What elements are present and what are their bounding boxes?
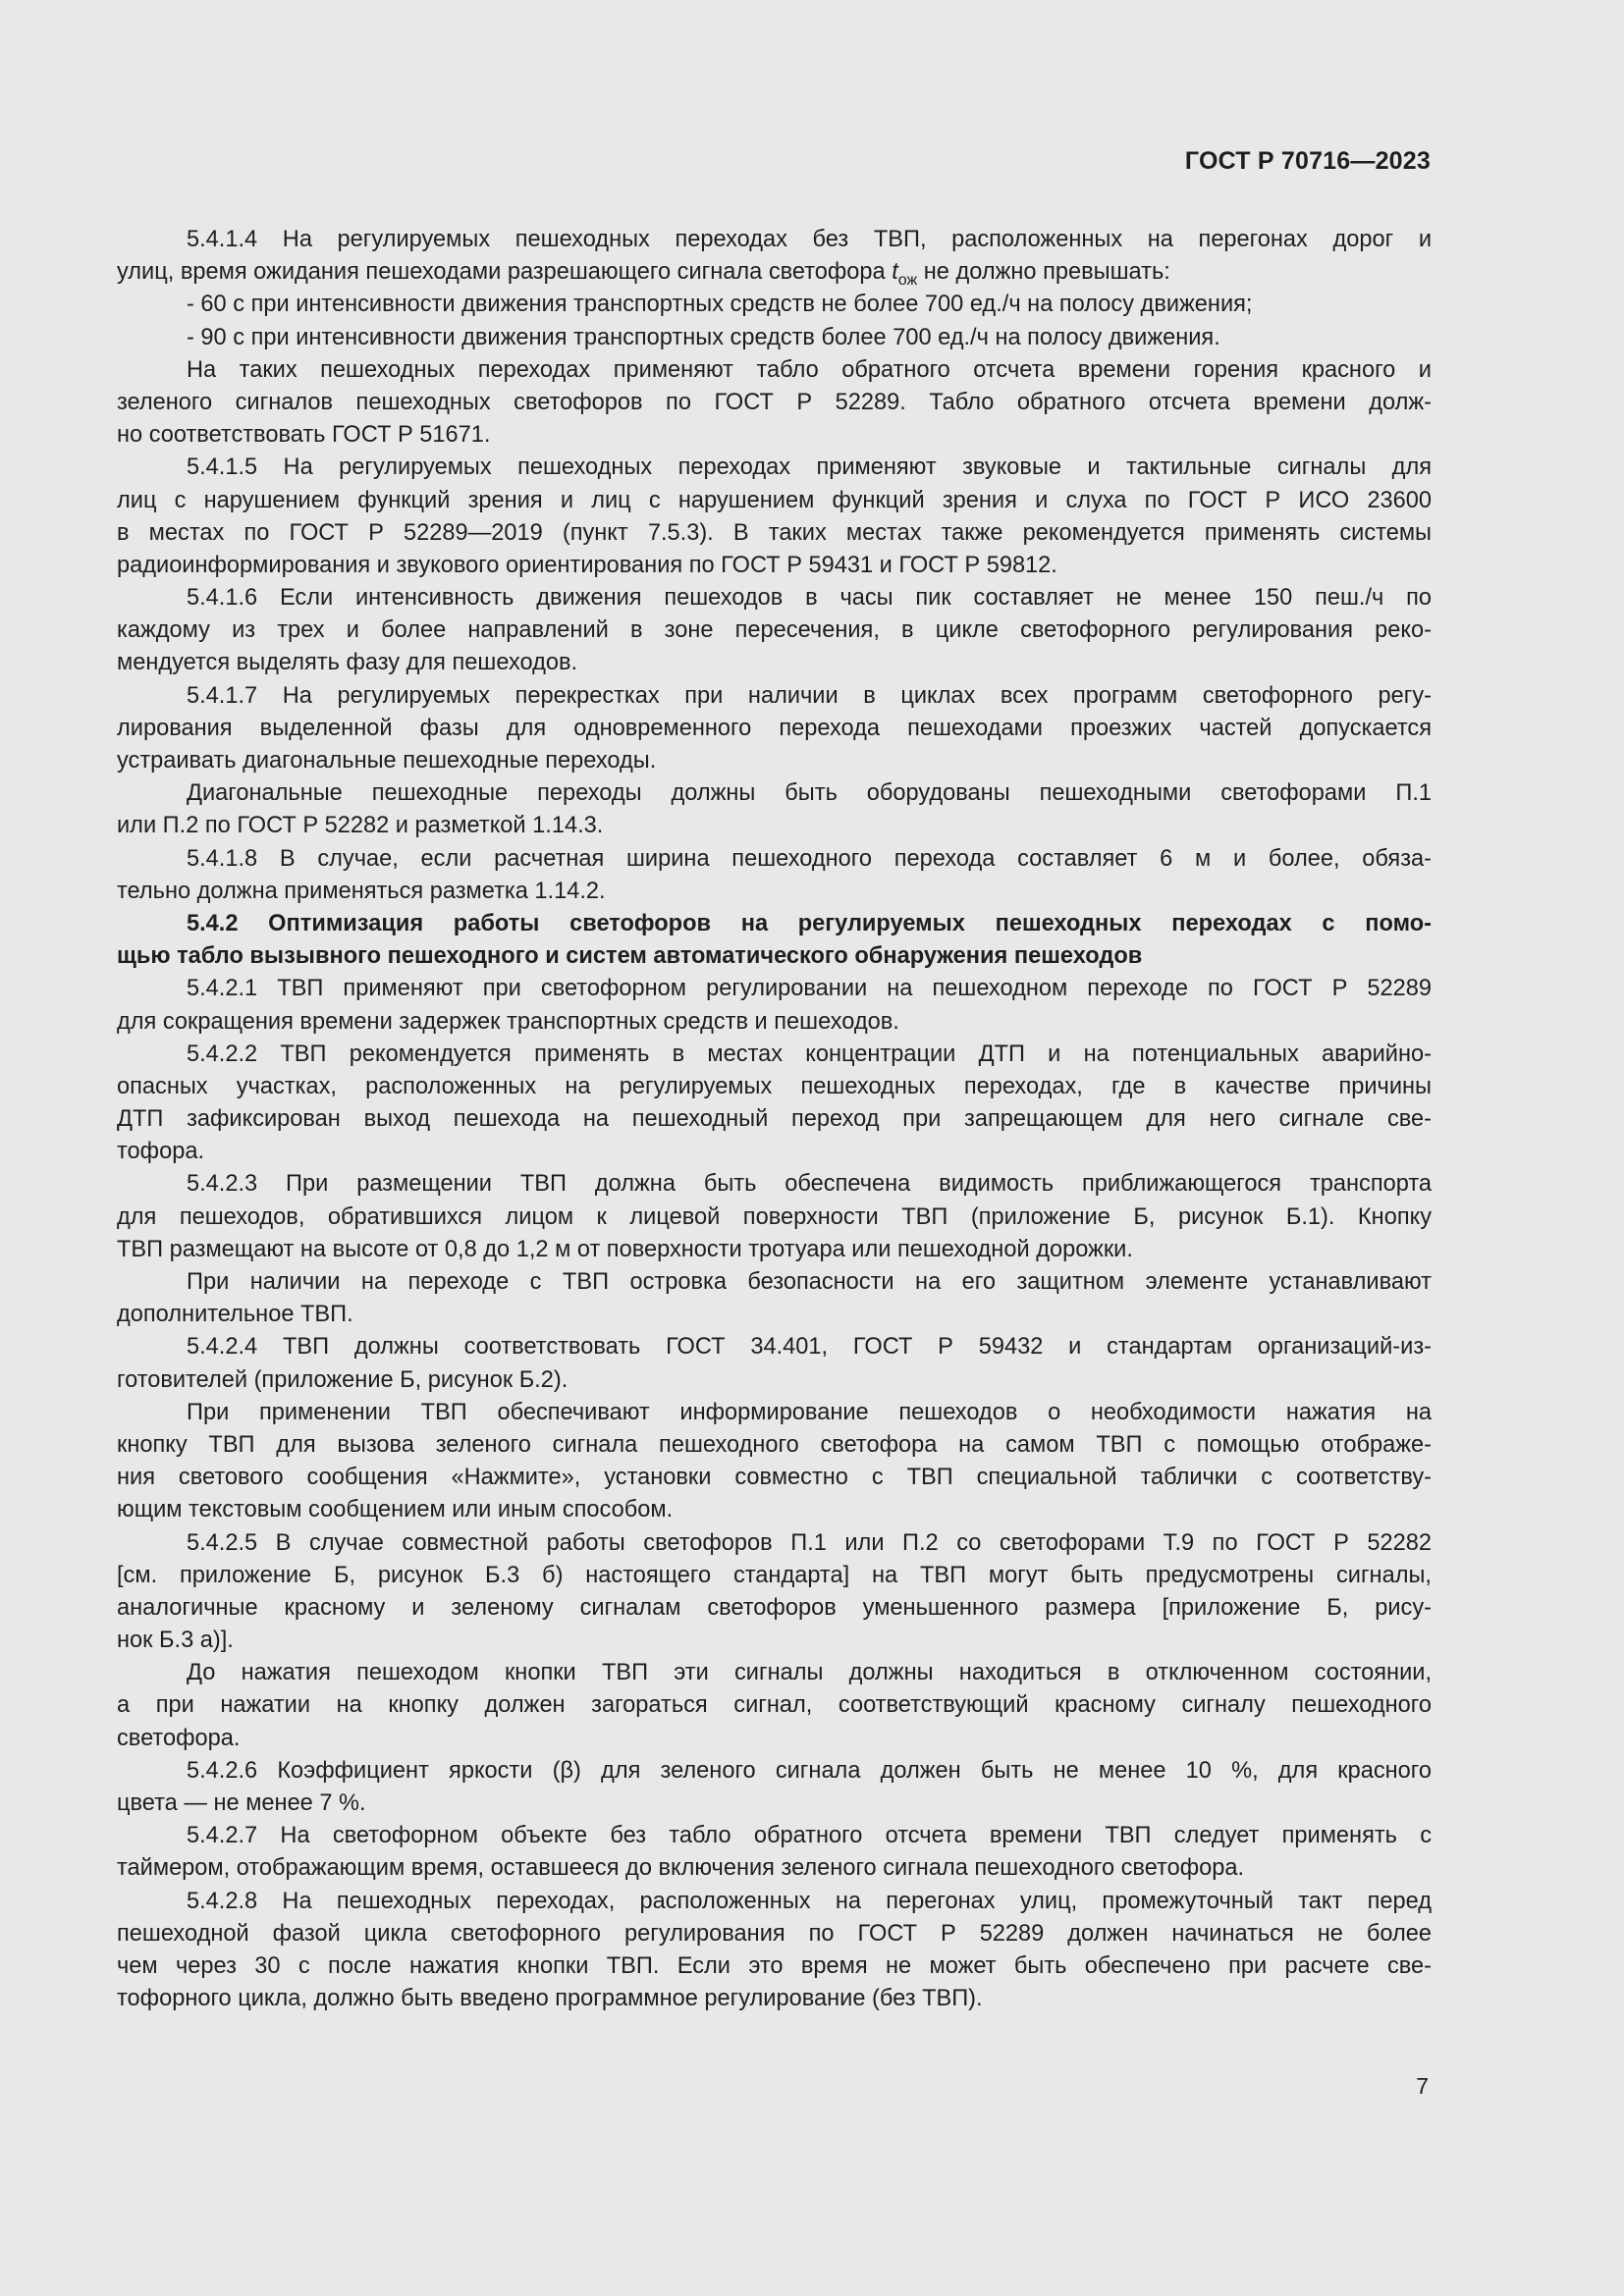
paragraph-5-4-2-1: 5.4.2.1 ТВП применяют при светофорном ре…	[117, 973, 1432, 1038]
text-line: 5.4.2.2 ТВП рекомендуется применять в ме…	[117, 1039, 1432, 1071]
text-line: 5.4.2.8 На пешеходных переходах, располо…	[117, 1886, 1432, 1918]
text-line: ния светового сообщения «Нажмите», устан…	[117, 1462, 1432, 1494]
text-line: 5.4.2.3 При размещении ТВП должна быть о…	[117, 1168, 1432, 1201]
text-line: в местах по ГОСТ Р 52289—2019 (пункт 7.5…	[117, 517, 1432, 550]
heading-line: щью табло вызывного пешеходного и систем…	[117, 940, 1432, 973]
paragraph-5-4-2-8: 5.4.2.8 На пешеходных переходах, располо…	[117, 1886, 1432, 2016]
paragraph: При наличии на переходе с ТВП островка б…	[117, 1266, 1432, 1331]
text-line: радиоинформирования и звукового ориентир…	[117, 550, 1432, 582]
paragraph-5-4-2-6: 5.4.2.6 Коэффициент яркости (β) для зеле…	[117, 1755, 1432, 1820]
text-line: 5.4.2.7 На светофорном объекте без табло…	[117, 1820, 1432, 1852]
text-line: для сокращения времени задержек транспор…	[117, 1006, 1432, 1039]
paragraph-5-4-2-7: 5.4.2.7 На светофорном объекте без табло…	[117, 1820, 1432, 1885]
text-segment: улиц, время ожидания пешеходами разрешаю…	[117, 259, 892, 285]
text-line: 5.4.1.6 Если интенсивность движения пеше…	[117, 582, 1432, 614]
section-heading-5-4-2: 5.4.2 Оптимизация работы светофоров на р…	[117, 908, 1432, 973]
paragraph-5-4-1-4: 5.4.1.4 На регулируемых пешеходных перех…	[117, 224, 1432, 289]
page-number: 7	[1416, 2073, 1429, 2100]
paragraph-5-4-1-8: 5.4.1.8 В случае, если расчетная ширина …	[117, 843, 1432, 908]
text-line: При применении ТВП обеспечивают информир…	[117, 1397, 1432, 1429]
document-body: 5.4.1.4 На регулируемых пешеходных перех…	[117, 224, 1432, 2015]
text-line: тельно должна применяться разметка 1.14.…	[117, 876, 1432, 908]
text-line: каждому из трех и более направлений в зо…	[117, 614, 1432, 647]
text-line: дополнительное ТВП.	[117, 1299, 1432, 1331]
text-line: мендуется выделять фазу для пешеходов.	[117, 647, 1432, 679]
text-line: лирования выделенной фазы для одновремен…	[117, 713, 1432, 745]
text-line-with-variable: улиц, время ожидания пешеходами разрешаю…	[117, 256, 1432, 289]
text-line: ющим текстовым сообщением или иным спосо…	[117, 1494, 1432, 1526]
text-line: Диагональные пешеходные переходы должны …	[117, 777, 1432, 810]
text-line: зеленого сигналов пешеходных светофоров …	[117, 387, 1432, 419]
text-line: или П.2 по ГОСТ Р 52282 и разметкой 1.14…	[117, 810, 1432, 842]
text-line: 5.4.2.4 ТВП должны соответствовать ГОСТ …	[117, 1331, 1432, 1363]
text-line: таймером, отображающим время, оставшееся…	[117, 1852, 1432, 1885]
text-line: аналогичные красному и зеленому сигналам…	[117, 1592, 1432, 1625]
text-line: 5.4.1.4 На регулируемых пешеходных перех…	[117, 224, 1432, 256]
text-line: тофорного цикла, должно быть введено про…	[117, 1983, 1432, 2015]
paragraph: Диагональные пешеходные переходы должны …	[117, 777, 1432, 842]
paragraph: На таких пешеходных переходах применяют …	[117, 354, 1432, 453]
text-line: 5.4.1.5 На регулируемых пешеходных перех…	[117, 452, 1432, 484]
text-line: 5.4.2.5 В случае совместной работы свето…	[117, 1527, 1432, 1560]
paragraph: При применении ТВП обеспечивают информир…	[117, 1397, 1432, 1527]
text-line: кнопку ТВП для вызова зеленого сигнала п…	[117, 1429, 1432, 1462]
text-line: светофора.	[117, 1723, 1432, 1755]
paragraph: До нажатия пешеходом кнопки ТВП эти сигн…	[117, 1657, 1432, 1755]
text-line: ТВП размещают на высоте от 0,8 до 1,2 м …	[117, 1234, 1432, 1266]
text-line: опасных участках, расположенных на регул…	[117, 1071, 1432, 1103]
text-segment: не должно превышать:	[917, 259, 1170, 285]
paragraph-5-4-2-5: 5.4.2.5 В случае совместной работы свето…	[117, 1527, 1432, 1658]
heading-line: 5.4.2 Оптимизация работы светофоров на р…	[117, 908, 1432, 940]
paragraph-5-4-1-7: 5.4.1.7 На регулируемых перекрестках при…	[117, 680, 1432, 778]
paragraph-5-4-2-4: 5.4.2.4 ТВП должны соответствовать ГОСТ …	[117, 1331, 1432, 1396]
text-line: ДТП зафиксирован выход пешехода на пешех…	[117, 1103, 1432, 1136]
text-line: пешеходной фазой цикла светофорного регу…	[117, 1918, 1432, 1950]
text-line: До нажатия пешеходом кнопки ТВП эти сигн…	[117, 1657, 1432, 1689]
text-line: 5.4.2.1 ТВП применяют при светофорном ре…	[117, 973, 1432, 1005]
text-line: 5.4.1.8 В случае, если расчетная ширина …	[117, 843, 1432, 876]
text-line: При наличии на переходе с ТВП островка б…	[117, 1266, 1432, 1299]
text-line: тофора.	[117, 1136, 1432, 1168]
text-line: На таких пешеходных переходах применяют …	[117, 354, 1432, 387]
variable-subscript: ож	[898, 272, 917, 289]
text-line: устраивать диагональные пешеходные перех…	[117, 745, 1432, 777]
paragraph-5-4-2-3: 5.4.2.3 При размещении ТВП должна быть о…	[117, 1168, 1432, 1266]
text-line: цвета — не менее 7 %.	[117, 1788, 1432, 1820]
text-line: 5.4.2.6 Коэффициент яркости (β) для зеле…	[117, 1755, 1432, 1788]
text-line: [см. приложение Б, рисунок Б.3 б) настоя…	[117, 1560, 1432, 1592]
text-line: лиц с нарушением функций зрения и лиц с …	[117, 485, 1432, 517]
text-line: 5.4.1.7 На регулируемых перекрестках при…	[117, 680, 1432, 713]
text-line: но соответствовать ГОСТ Р 51671.	[117, 419, 1432, 452]
list-item: - 60 с при интенсивности движения трансп…	[117, 289, 1432, 321]
document-header-id: ГОСТ Р 70716—2023	[1185, 147, 1431, 176]
text-line: а при нажатии на кнопку должен загоратьс…	[117, 1689, 1432, 1722]
list-item: - 90 с при интенсивности движения трансп…	[117, 322, 1432, 354]
text-line: чем через 30 с после нажатия кнопки ТВП.…	[117, 1950, 1432, 1983]
paragraph-5-4-1-6: 5.4.1.6 Если интенсивность движения пеше…	[117, 582, 1432, 680]
paragraph-5-4-2-2: 5.4.2.2 ТВП рекомендуется применять в ме…	[117, 1039, 1432, 1169]
paragraph-5-4-1-5: 5.4.1.5 На регулируемых пешеходных перех…	[117, 452, 1432, 582]
text-line: готовителей (приложение Б, рисунок Б.2).	[117, 1364, 1432, 1397]
text-line: нок Б.3 а)].	[117, 1625, 1432, 1657]
text-line: для пешеходов, обратившихся лицом к лице…	[117, 1201, 1432, 1234]
